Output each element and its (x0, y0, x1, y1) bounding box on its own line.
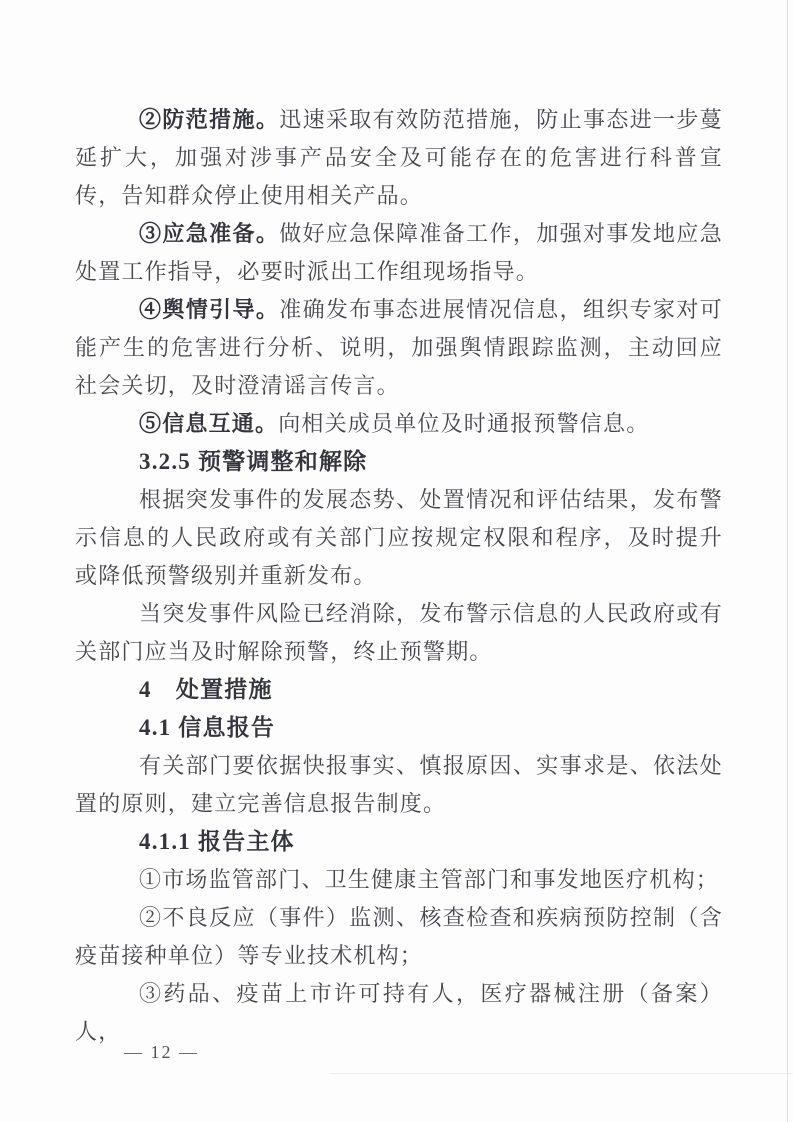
paragraph-lead: ⑤信息互通。 (139, 411, 278, 436)
section-heading: 3.2.5 预警调整和解除 (75, 443, 723, 481)
body-paragraph: ①市场监管部门、卫生健康主管部门和事发地医疗机构； (75, 861, 723, 899)
document-body: ②防范措施。迅速采取有效防范措施，防止事态进一步蔓延扩大，加强对涉事产品安全及可… (75, 101, 723, 1051)
page-number: — 12 — (124, 1042, 199, 1063)
body-paragraph: ③应急准备。做好应急保障准备工作，加强对事发地应急处置工作指导，必要时派出工作组… (75, 215, 723, 291)
body-paragraph: 当突发事件风险已经消除，发布警示信息的人民政府或有关部门应当及时解除预警，终止预… (75, 595, 723, 671)
section-heading: 4.1.1 报告主体 (75, 823, 723, 861)
paragraph-lead: ③应急准备。 (139, 221, 279, 246)
body-paragraph: ⑤信息互通。向相关成员单位及时通报预警信息。 (75, 405, 723, 443)
scan-edge-line-horizontal (330, 1073, 793, 1074)
scan-edge-line-vertical (787, 0, 788, 1122)
body-paragraph: ③药品、疫苗上市许可持有人，医疗器械注册（备案）人， (75, 975, 723, 1051)
body-paragraph: 根据突发事件的发展态势、处置情况和评估结果，发布警示信息的人民政府或有关部门应按… (75, 481, 723, 595)
body-paragraph: ②防范措施。迅速采取有效防范措施，防止事态进一步蔓延扩大，加强对涉事产品安全及可… (75, 101, 723, 215)
document-page: ②防范措施。迅速采取有效防范措施，防止事态进一步蔓延扩大，加强对涉事产品安全及可… (0, 0, 793, 1122)
body-paragraph: 有关部门要依据快报事实、慎报原因、实事求是、依法处置的原则，建立完善信息报告制度… (75, 747, 723, 823)
paragraph-lead: ②防范措施。 (139, 107, 279, 132)
body-paragraph: ②不良反应（事件）监测、核查检查和疾病预防控制（含疫苗接种单位）等专业技术机构； (75, 899, 723, 975)
paragraph-lead: ④舆情引导。 (139, 297, 279, 322)
section-heading: 4 处置措施 (75, 671, 723, 709)
section-heading: 4.1 信息报告 (75, 709, 723, 747)
body-paragraph: ④舆情引导。准确发布事态进展情况信息，组织专家对可能产生的危害进行分析、说明，加… (75, 291, 723, 405)
